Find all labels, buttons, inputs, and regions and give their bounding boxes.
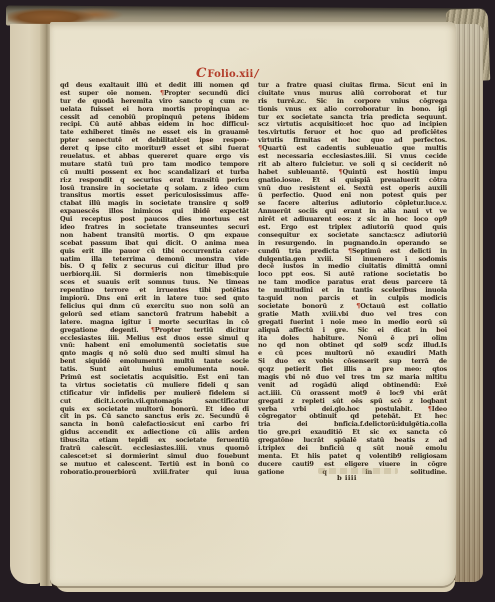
text-line: Qui receptus post paucos dies mortuus es…	[60, 216, 249, 224]
ink-offset-stain	[318, 468, 398, 474]
text-line: cōgregator obtinuit qd petebāt. Et hec	[258, 413, 447, 421]
text-line: recipi. Cū autē abbas eidem in hoc diffi…	[60, 121, 249, 129]
text-line: ecclesiastes iiii. Melius est duos esse …	[60, 335, 249, 343]
rubric-paraph-mark: C	[196, 66, 206, 81]
text-line: cessit ad cenobiū propinquū petens ibide…	[60, 114, 249, 122]
text-line: non habent transitū mortis. O qm expaue	[60, 232, 249, 240]
text-line: gregati z repleti sūt oēs spū scō z loqb…	[258, 398, 447, 406]
text-line: est super oīe nomen. ¶Propter secundū di…	[60, 90, 249, 98]
text-line: tate exhiberet timēs ne esset eis in gra…	[60, 129, 249, 137]
text-line: dulgentia.gen xviii. Si inuenero ī sodom…	[258, 256, 447, 264]
text-line: habet subleuantē. ¶Quintū est hostiū imp…	[258, 169, 447, 177]
text-line: ctificatur vir infidelis per mulierē fid…	[60, 390, 249, 398]
text-line: gelorū sed etiam sanctorū fratrum habebi…	[60, 311, 249, 319]
text-line: quis erit ille pauor cū tibi occurrentia…	[60, 248, 249, 256]
folio-number: Folio.xii	[207, 69, 253, 80]
text-line: uelata fuisset ei hora mortis propinqua …	[60, 106, 249, 114]
text-line: qcqz petierit fiet illis a pre meo: qtos	[258, 366, 447, 374]
text-line: tur ex societate sancta tria predicta se…	[258, 114, 447, 122]
text-line: ctabat illū magis in societate transire …	[60, 200, 249, 208]
text-line: ris turrē.zc. Sic in corpore vnius cōgre…	[258, 98, 447, 106]
text-line: ta:quid non parcis et in culpis modicis	[258, 295, 447, 303]
text-line: ciuitate vnus murus aliū corroborat et t…	[258, 90, 447, 98]
text-line: quis ex societate multorū bonorū. Et ide…	[60, 406, 249, 414]
text-line: gratie Math xviii.vbi duo vel tres con	[258, 311, 447, 319]
rubric-slash-mark: /	[255, 67, 259, 80]
text-line: gnatio.iosue. Et si quispiā preualuerit …	[258, 177, 447, 185]
text-column-left: qd deus exaltauit illū et dedit illi nom…	[60, 82, 249, 477]
text-line: vnū: habent enī emolumentū societatis su…	[60, 342, 249, 350]
rubric-paraph-mark: ¶	[160, 90, 164, 97]
text-line: ri:z respondit q securius erat transitū …	[60, 177, 249, 185]
text-line: est necessaria ecclesiastes.iiii. Si vnu…	[258, 153, 447, 161]
text-line: mutare statū tuū pro tam modico tempore	[60, 161, 249, 169]
text-line: te multitudini et in tantis sceleribus i…	[258, 287, 447, 295]
text-line: Annuerūt sociis qui erant in alia naui v…	[258, 208, 447, 216]
text-line: virtutis firmitas et hoc quo ad perfecto…	[258, 137, 447, 145]
text-line: menta. Et hiis patet q volentib9 religio…	[258, 453, 447, 461]
text-line: gidus accendit ex adiectione cū aliis ar…	[60, 429, 249, 437]
text-line: impiorū. Dns enī erit in latere tuo: sed…	[60, 295, 249, 303]
text-line: tatis. Sunt aūt huius emolumenta nouē.	[60, 366, 249, 374]
text-line: Primū est societatis acquisitio. Est enī…	[60, 374, 249, 382]
text-line: ppter senectutē et debilitatē:et ipse re…	[60, 137, 249, 145]
text-line: expauescēs illos inimicos qui ibidē expe…	[60, 208, 249, 216]
text-line: tur de quodā heremita viro sancto q cum …	[60, 98, 249, 106]
book-photograph: CFolio.xii/ qd deus exaltauit illū et de…	[0, 0, 495, 602]
text-line: cit in ps. Cū sancto sanctus eris zc. Se…	[60, 413, 249, 421]
text-line: bis. O q felix z securus cui dicitur ill…	[60, 263, 249, 271]
text-line: scebat passum ibat qui dicit. O anima me…	[60, 240, 249, 248]
text-line: act.iiii. Cū orassent mot9 ē loc9 vbi er…	[258, 390, 447, 398]
text-line: aliquā affectū i gre. Sic ei dicat in bo…	[258, 327, 447, 335]
text-line: gregatōne lucrāt spūalē statū beatis z a…	[258, 437, 447, 445]
text-block: qd deus exaltauit illū et dedit illi nom…	[60, 82, 448, 477]
text-line: gregati fuerint ī noīe meo in medio eorū…	[258, 319, 447, 327]
text-line: cut dicit.i.corin.vii.qntomagis sanctifi…	[60, 398, 249, 406]
text-line: deret q ipse cito moritur9 esset et sibi…	[60, 145, 249, 153]
text-line: losū transire in societate q solam. z id…	[60, 185, 249, 193]
text-line: se facere alterius adiutorio cōpletur.lu…	[258, 200, 447, 208]
text-line: tes.virtutis feruor et hoc quo ad profic…	[258, 129, 447, 137]
folio-running-head: CFolio.xii/	[196, 62, 259, 81]
text-line: uerbiorq.iii. Si dormieris non timebis:q…	[60, 271, 249, 279]
rubric-paraph-mark: ¶	[258, 145, 262, 152]
text-line: tio gre.pri exauditiō Et sic ex sancta c…	[258, 429, 447, 437]
text-line: fratrū calescūt. ecclesiastes.iiii. vnus…	[60, 445, 249, 453]
text-column-right: tur a fratre quasi ciuitas firma. Sicut …	[258, 82, 447, 477]
text-line: no qd non obtinet qd sol9 scdz illud.Is	[258, 342, 447, 350]
text-line: cundū tria predicta ¶Septimū est delicti…	[258, 248, 447, 256]
text-line: vnū duo resistent ei. Sextū est operis a…	[258, 185, 447, 193]
text-line: e cū pces multorū nō exaudiri Math	[258, 350, 447, 358]
text-line: cū multi possent ex hoc scandalizari et …	[60, 169, 249, 177]
text-line: scz virtutis acquisitio:et hoc quo ad in…	[258, 121, 447, 129]
text-line: se mutuo et calescent. Tertiū est in bon…	[60, 461, 249, 469]
text-line: uatim illa teterrima demonū monstra vide	[60, 256, 249, 264]
text-line: tria dei bnficia.f.delictorū:idulgētia.c…	[258, 421, 447, 429]
rubric-paraph-mark: ¶	[151, 327, 155, 334]
text-line: ū perfectio. Quod enī non potest quis pe…	[258, 192, 447, 200]
text-line: tionis vnus ex alio corroboratur in bono…	[258, 106, 447, 114]
rubric-paraph-mark: ¶	[339, 169, 343, 176]
rubric-paraph-mark: ¶	[356, 303, 360, 310]
text-line: ideo fratres in societate transeuntes se…	[60, 224, 249, 232]
text-line: Si duo ex vobis cōsenserit sup terrā de	[258, 358, 447, 366]
text-line: bent siquidē emolumentū multū tante soci…	[60, 358, 249, 366]
text-line: transitus mortis esset periculosissimus …	[60, 192, 249, 200]
text-line: repentino terrore et irruentes tibi potē…	[60, 287, 249, 295]
text-line: ta virtus societatis cū muliere fideli q…	[60, 382, 249, 390]
text-line: loco ppt eos. Si autē ratione societatis…	[258, 271, 447, 279]
quire-signature-mark: b iiii	[337, 474, 357, 482]
text-line: qd deus exaltauit illū et dedit illi nom…	[60, 82, 249, 90]
text-line: ¶Quartū est cadentis subleuatio que mult…	[258, 145, 447, 153]
text-line: latere. magna igitur ī morte securitas i…	[60, 319, 249, 327]
text-line: ita doles habiture. Nonū ē pri olim	[258, 335, 447, 343]
text-line: nirēt et adiuuarent eos: z sic in hoc lo…	[258, 216, 447, 224]
text-line: in resurgendo. in pugnando.in operando s…	[258, 240, 447, 248]
text-line: decē iustos in medio ciuitatis dimittā o…	[258, 263, 447, 271]
text-line: consequitur ex societate sancta:scz adiu…	[258, 232, 447, 240]
text-line: sancta in bonū calefactio:sicut enī carb…	[60, 421, 249, 429]
facing-page-sliver	[10, 24, 42, 584]
text-line: reuelatus. et abbas quereret quare ergo …	[60, 153, 249, 161]
text-line: qnto magis q nō solū duo sed multi simul…	[60, 350, 249, 358]
text-line: rit ab altero fulcietur. ve soli q si ce…	[258, 161, 447, 169]
text-line: magis vbi nō duo vel tres tm sz maria ml…	[258, 374, 447, 382]
text-line: i.triplex dei bnficiū q sūt nouē emolu	[258, 445, 447, 453]
rubric-paraph-mark: ¶	[348, 248, 352, 255]
text-line: roboratio.prouerbiorū xviii.frater qui i…	[60, 469, 249, 477]
text-line: verba vrbi dei.glo.hoc postulabit. ¶Ideo	[258, 406, 447, 414]
text-line: est. Ergo est triplex adiutoriū quod qui…	[258, 224, 447, 232]
text-line: venit ad rogādū aliqd obtinendū: Exē	[258, 382, 447, 390]
text-line: felicius qui dnm cū exercitu suo non sol…	[60, 303, 249, 311]
text-line: sces et suauis erit somnus tuus. Ne time…	[60, 279, 249, 287]
text-line: tibus:ita etiam tepidi ex societate feru…	[60, 437, 249, 445]
rubric-paraph-mark: ¶	[428, 406, 432, 413]
text-line: calescet:et si dormierint simul duo foue…	[60, 453, 249, 461]
text-line: ne tam modice paratus erat deus parcere …	[258, 279, 447, 287]
text-line: societate bonorū z ¶Octauū est collatio	[258, 303, 447, 311]
text-line: tur a fratre quasi ciuitas firma. Sicut …	[258, 82, 447, 90]
text-line: gregatione degenti. ¶Propter tertiū dici…	[60, 327, 249, 335]
recto-page: CFolio.xii/ qd deus exaltauit illū et de…	[50, 22, 456, 586]
